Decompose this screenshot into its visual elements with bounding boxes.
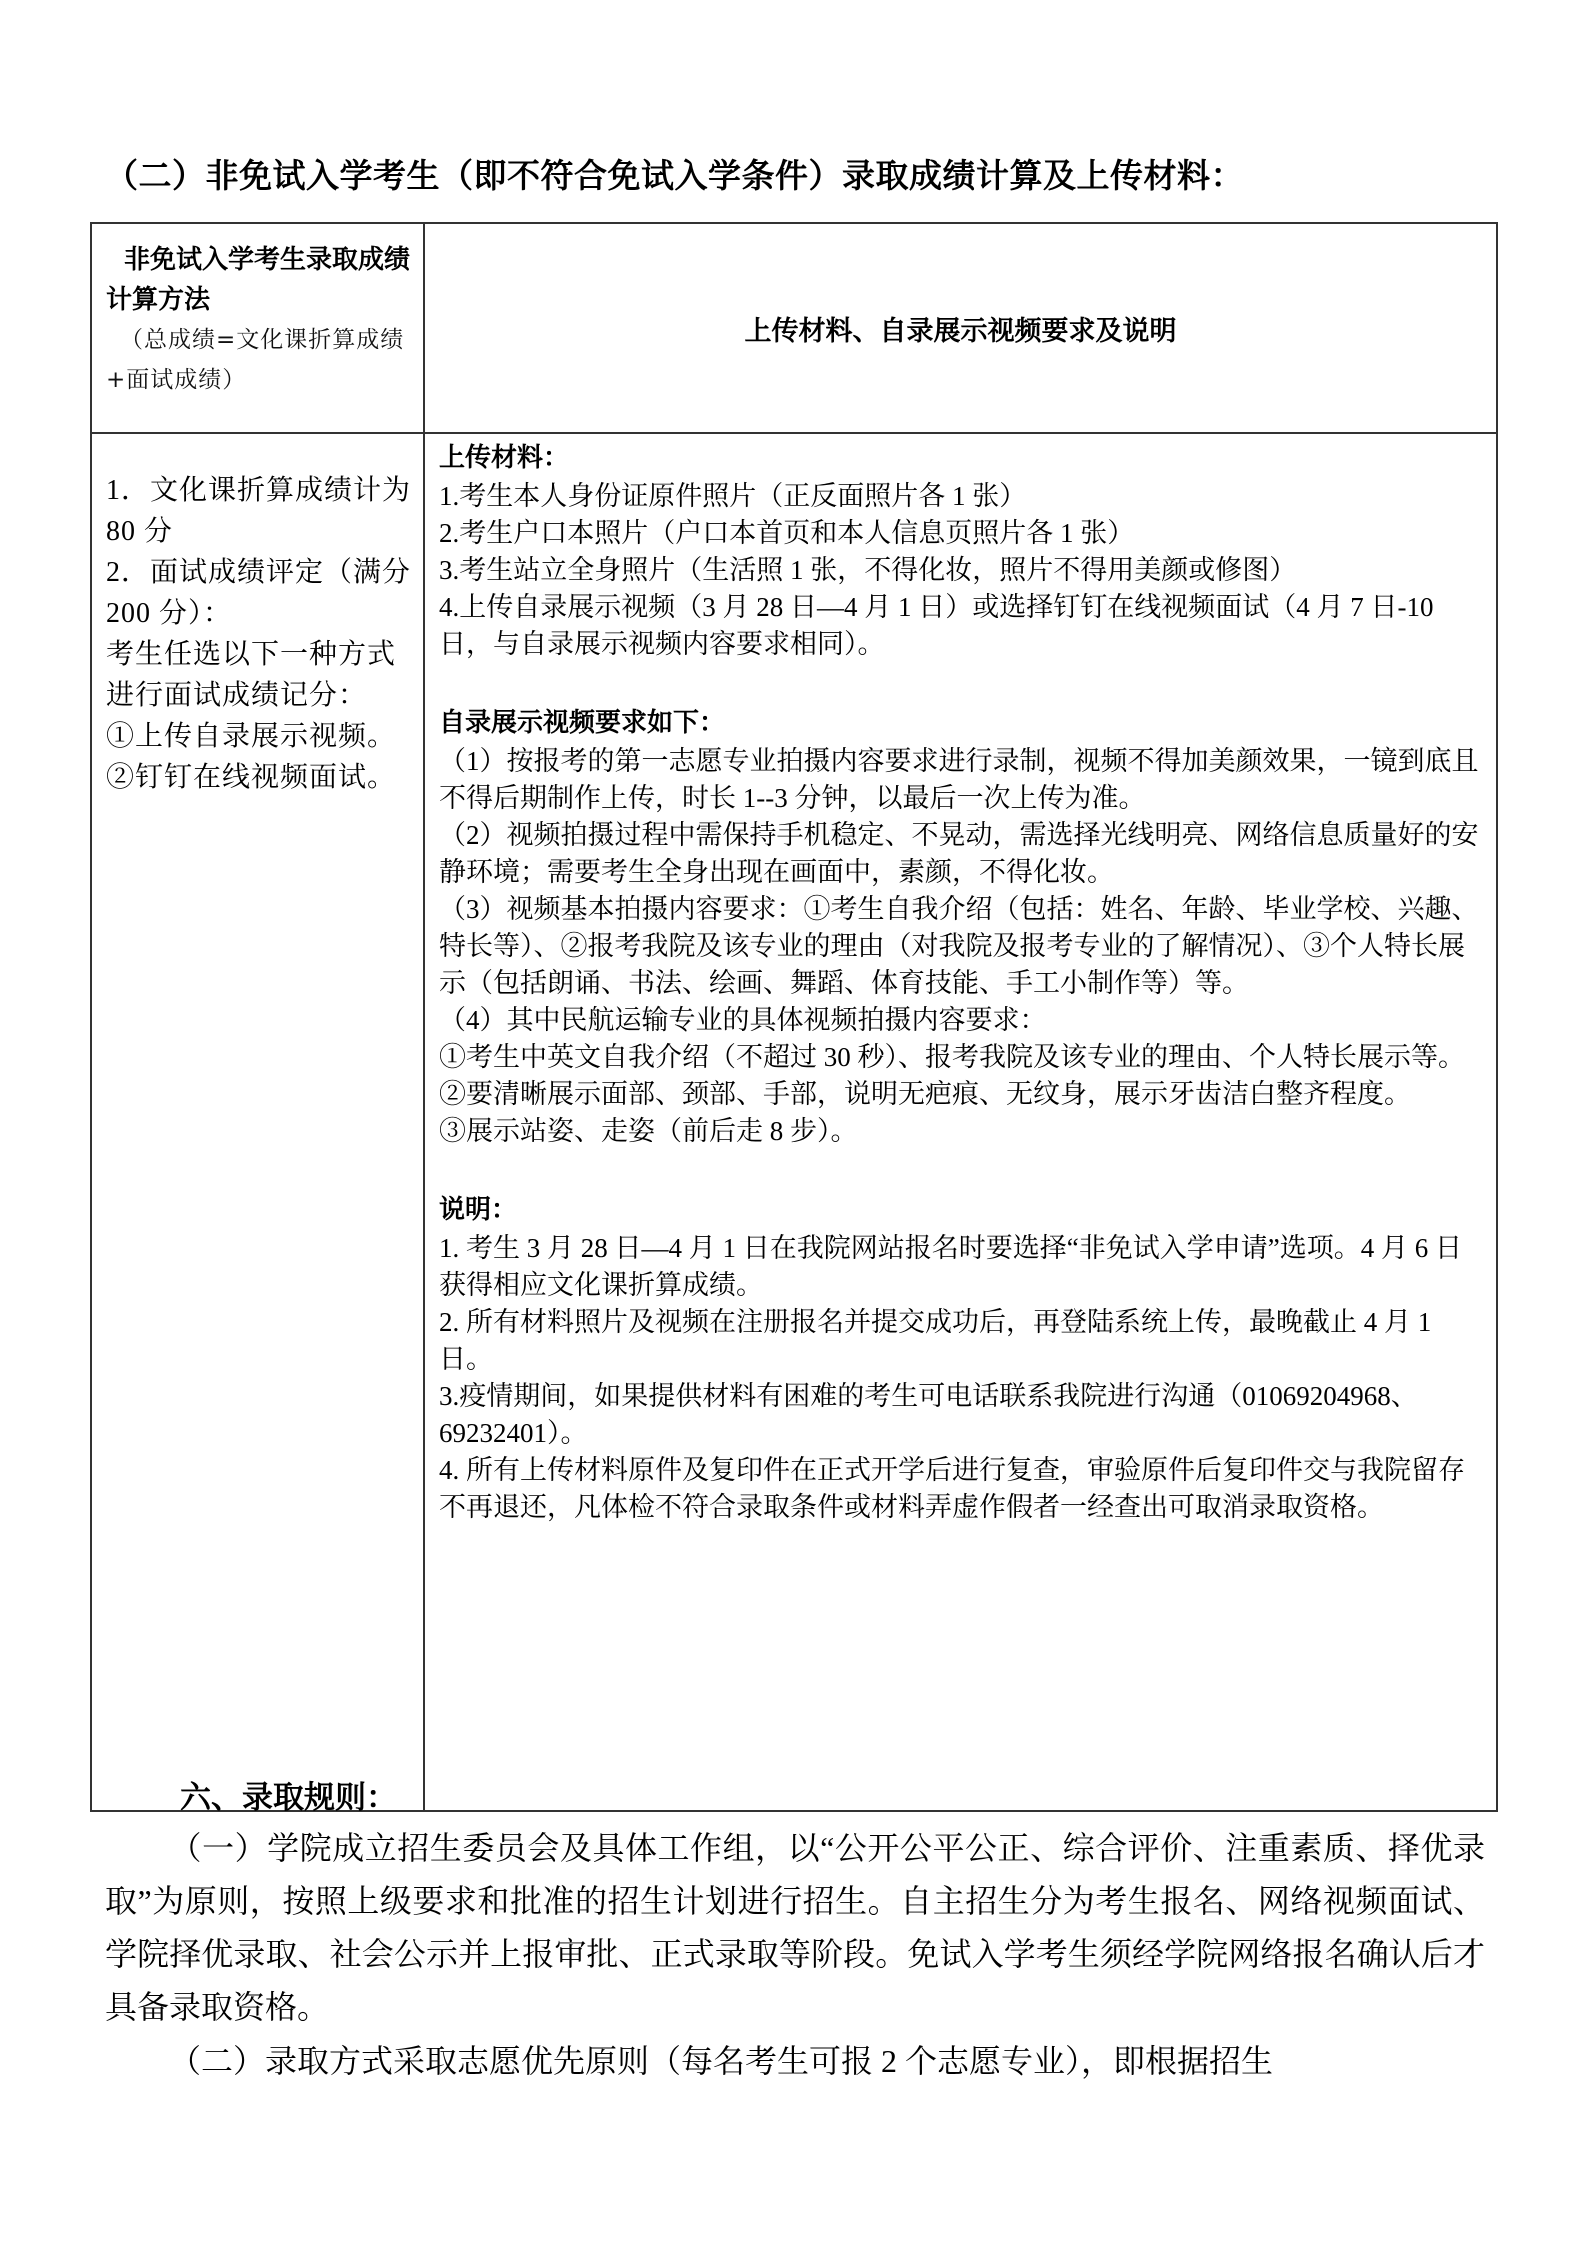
video-item: （2）视频拍摄过程中需保持手机稳定、不晃动，需选择光线明亮、网络信息质量好的安静…: [439, 817, 1486, 891]
video-item: ②要清晰展示面部、颈部、手部，说明无疤痕、无纹身，展示牙齿洁白整齐程度。: [439, 1076, 1486, 1113]
table-body-row: 1．文化课折算成绩计为 80 分 2．面试成绩评定（满分 200 分）： 考生任…: [91, 433, 1497, 1811]
header-left-cell: 非免试入学考生录取成绩计算方法 （总成绩=文化课折算成绩+面试成绩）: [91, 223, 424, 433]
admission-table: 非免试入学考生录取成绩计算方法 （总成绩=文化课折算成绩+面试成绩） 上传材料、…: [90, 222, 1498, 1812]
upload-item: 1.考生本人身份证原件照片（正反面照片各 1 张）: [439, 478, 1486, 515]
note-item: 1. 考生 3 月 28 日—4 月 1 日在我院网站报名时要选择“非免试入学申…: [439, 1230, 1486, 1304]
calc-formula: （总成绩=文化课折算成绩+面试成绩）: [106, 320, 415, 400]
admission-rule-paragraph-2: （二）录取方式采取志愿优先原则（每名考生可报 2 个志愿专业），即根据招生: [105, 2035, 1485, 2088]
video-item: ①考生中英文自我介绍（不超过 30 秒）、报考我院及该专业的理由、个人特长展示等…: [439, 1039, 1486, 1076]
admission-rule-paragraph-1: （一）学院成立招生委员会及具体工作组，以“公开公平公正、综合评价、注重素质、择优…: [105, 1822, 1485, 2034]
note-item: 3.疫情期间，如果提供材料有困难的考生可电话联系我院进行沟通（010692049…: [439, 1378, 1486, 1452]
upload-requirements-title: 上传材料、自录展示视频要求及说明: [745, 316, 1177, 347]
video-item: （4）其中民航运输专业的具体视频拍摄内容要求：: [439, 1002, 1486, 1039]
calc-method-title: 非免试入学考生录取成绩计算方法: [106, 240, 415, 320]
video-requirements-heading: 自录展示视频要求如下：: [439, 703, 1486, 743]
score-option-2: ②钉钉在线视频面试。: [106, 757, 417, 798]
note-item: 2. 所有材料照片及视频在注册报名并提交成功后，再登陆系统上传，最晚截止 4 月…: [439, 1304, 1486, 1378]
score-rule-2: 2．面试成绩评定（满分 200 分）：: [106, 552, 417, 634]
section-heading: （二）非免试入学考生（即不符合免试入学条件）录取成绩计算及上传材料：: [105, 150, 1244, 197]
score-rule-3: 考生任选以下一种方式进行面试成绩记分：: [106, 634, 417, 716]
video-item: （3）视频基本拍摄内容要求：①考生自我介绍（包括：姓名、年龄、毕业学校、兴趣、特…: [439, 891, 1486, 1002]
section-6-heading: 六、录取规则：: [180, 1772, 1560, 1817]
header-right-cell: 上传材料、自录展示视频要求及说明: [424, 223, 1497, 433]
upload-item: 3.考生站立全身照片（生活照 1 张，不得化妆，照片不得用美颜或修图）: [439, 552, 1486, 589]
score-option-1: ①上传自录展示视频。: [106, 716, 417, 757]
note-item: 4. 所有上传材料原件及复印件在正式开学后进行复查，审验原件后复印件交与我院留存…: [439, 1452, 1486, 1526]
video-item: ③展示站姿、走姿（前后走 8 步）。: [439, 1113, 1486, 1150]
upload-materials-heading: 上传材料：: [439, 438, 1486, 478]
video-item: （1）按报考的第一志愿专业拍摄内容要求进行录制，视频不得加美颜效果，一镜到底且不…: [439, 743, 1486, 817]
notes-heading: 说明：: [439, 1190, 1486, 1230]
table-header-row: 非免试入学考生录取成绩计算方法 （总成绩=文化课折算成绩+面试成绩） 上传材料、…: [91, 223, 1497, 433]
upload-item: 2.考生户口本照片（户口本首页和本人信息页照片各 1 张）: [439, 515, 1486, 552]
score-rule-1: 1．文化课折算成绩计为 80 分: [106, 470, 417, 552]
body-left-cell: 1．文化课折算成绩计为 80 分 2．面试成绩评定（满分 200 分）： 考生任…: [91, 433, 424, 1811]
upload-item: 4.上传自录展示视频（3 月 28 日—4 月 1 日）或选择钉钉在线视频面试（…: [439, 589, 1486, 663]
body-right-cell: 上传材料： 1.考生本人身份证原件照片（正反面照片各 1 张） 2.考生户口本照…: [424, 433, 1497, 1811]
